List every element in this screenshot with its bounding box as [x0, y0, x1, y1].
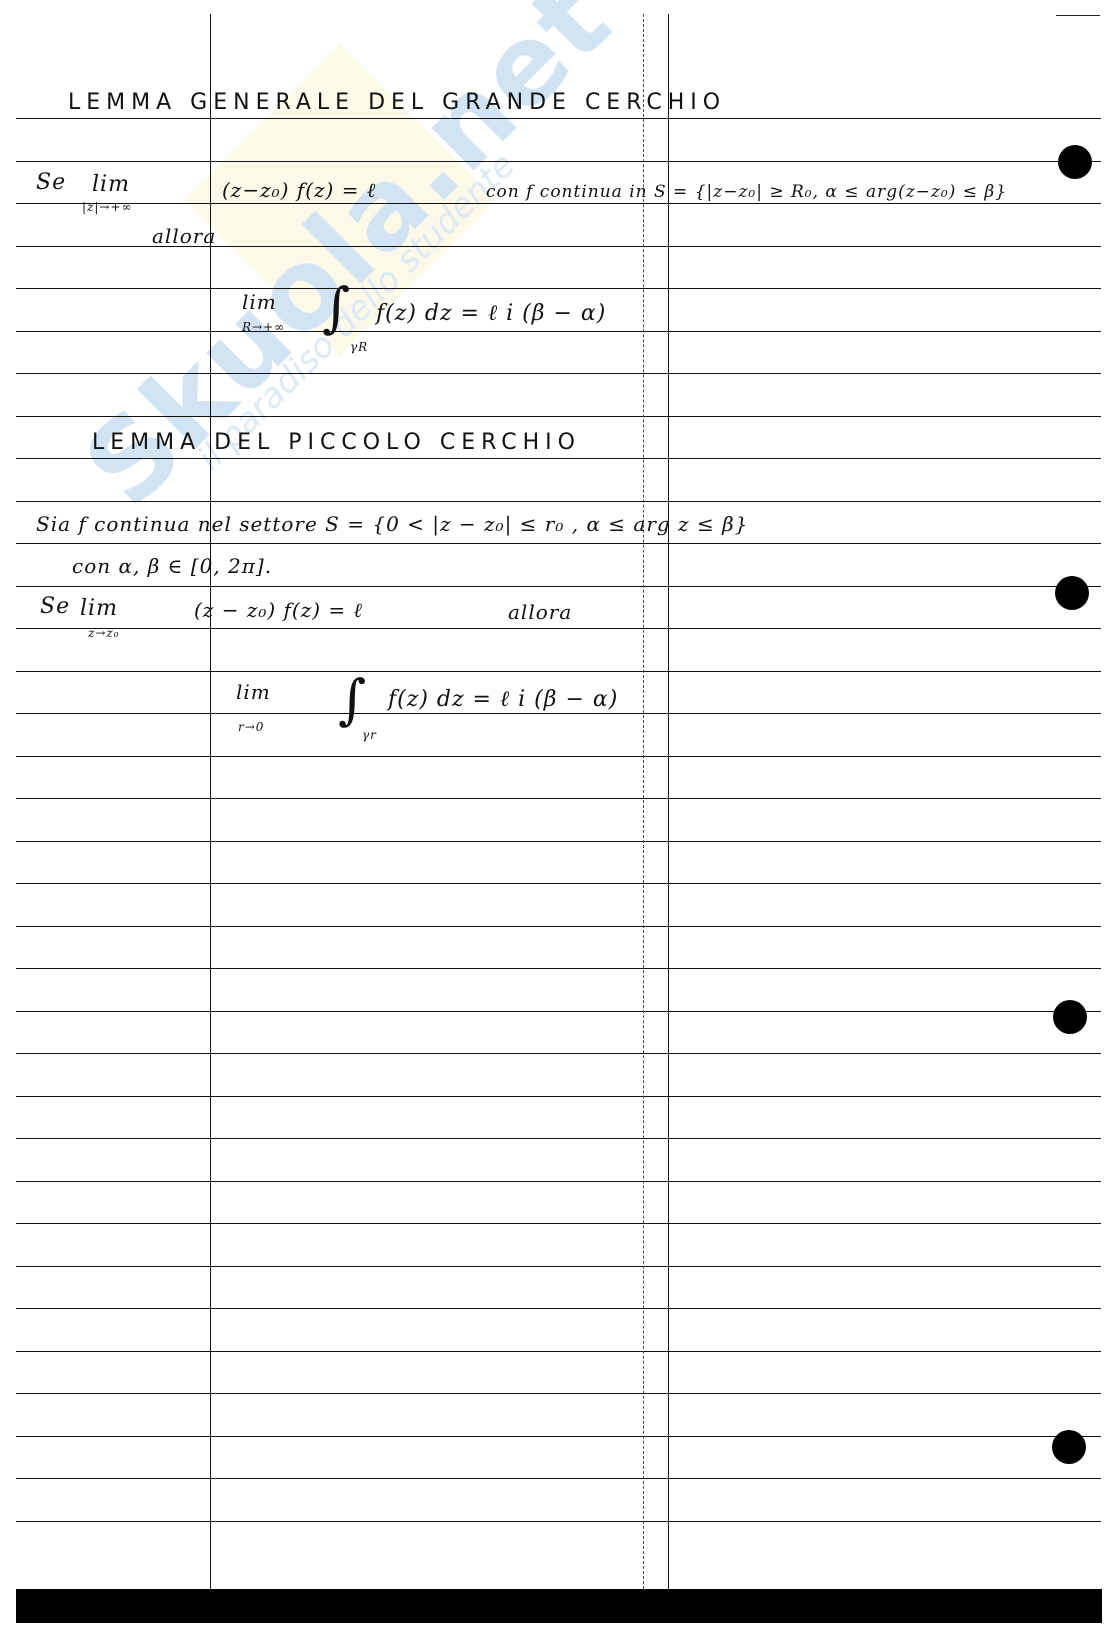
section1-result-lim-sub: R→+∞	[242, 320, 285, 334]
ruled-line	[16, 1223, 1101, 1224]
section2-title: LEMMA DEL PICCOLO CERCHIO	[92, 430, 581, 455]
ruled-line	[16, 331, 1101, 332]
section1-hypothesis-expr: (z−z₀) f(z) = ℓ	[222, 178, 376, 203]
ruled-line	[16, 713, 1101, 714]
top-edge-mark	[1056, 15, 1100, 16]
ruled-line	[16, 1478, 1101, 1479]
section2-hypothesis-line1: Sia f continua nel settore S = {0 < |z −…	[36, 512, 748, 536]
section2-lim: lim	[80, 596, 118, 621]
section1-lim: lim	[92, 172, 130, 197]
ruled-line	[16, 1266, 1101, 1267]
ruled-line	[16, 1181, 1101, 1182]
section2-result-lim-sub: r→0	[238, 720, 264, 734]
section1-hypothesis-prefix: Se	[36, 170, 66, 195]
ruled-line	[16, 968, 1101, 969]
section2-result-lim: lim	[236, 680, 271, 704]
ruled-line	[16, 1011, 1101, 1012]
ruled-line	[16, 841, 1101, 842]
ruled-line	[16, 1053, 1101, 1054]
section2-lim-sub: z→z₀	[88, 626, 120, 640]
section1-condition: con f continua in S = {|z−z₀| ≥ R₀, α ≤ …	[486, 182, 1007, 202]
ruled-line	[16, 1096, 1101, 1097]
scan-bottom-bar	[16, 1589, 1102, 1623]
section1-result-lim: lim	[242, 290, 277, 314]
ruled-line	[16, 926, 1101, 927]
ruled-line	[16, 416, 1101, 417]
section2-integral-sub: γr	[362, 728, 377, 742]
section2-hypothesis-expr: (z − z₀) f(z) = ℓ	[194, 598, 363, 623]
ruled-line	[16, 1393, 1101, 1394]
integral-sign: ∫	[322, 276, 350, 339]
ruled-line	[16, 1308, 1101, 1309]
section1-lim-sub: |z|→+∞	[82, 200, 133, 214]
ruled-line	[16, 1436, 1101, 1437]
section1-title: LEMMA GENERALE DEL GRANDE CERCHIO	[68, 90, 726, 115]
ruled-line	[16, 586, 1101, 587]
section2-hypothesis-prefix: Se	[40, 594, 70, 619]
binder-hole	[1055, 576, 1089, 610]
ruled-line	[16, 756, 1101, 757]
ruled-line	[16, 501, 1101, 502]
ruled-line	[16, 373, 1101, 374]
ruled-line	[16, 1138, 1101, 1139]
ruled-line	[16, 1521, 1101, 1522]
ruled-line	[16, 883, 1101, 884]
section1-result-expr: f(z) dz = ℓ i (β − α)	[376, 300, 606, 326]
section2-result-expr: f(z) dz = ℓ i (β − α)	[388, 686, 618, 712]
section2-hypothesis-line2: con α, β ∈ [0, 2π].	[72, 554, 272, 578]
section1-integral-sub: γR	[350, 340, 368, 354]
ruled-line	[16, 203, 1101, 204]
ruled-line	[16, 118, 1101, 119]
binder-hole	[1052, 1430, 1086, 1464]
section1-then: allora	[152, 224, 216, 248]
ruled-line	[16, 671, 1101, 672]
integral-sign: ∫	[338, 668, 366, 731]
notebook-page: Skuola.net il paradiso dello studente LE…	[0, 0, 1114, 1637]
right-margin-line	[668, 14, 669, 1594]
ruled-line	[16, 288, 1101, 289]
ruled-line	[16, 628, 1101, 629]
binder-hole	[1053, 1000, 1087, 1034]
ruled-line	[16, 1351, 1101, 1352]
ruled-line	[16, 161, 1101, 162]
ruled-line	[16, 543, 1101, 544]
left-margin-line	[210, 14, 211, 1594]
ruled-line	[16, 798, 1101, 799]
binder-hole	[1058, 145, 1092, 179]
center-dashed-line	[643, 14, 644, 1594]
ruled-line	[16, 458, 1101, 459]
section2-then: allora	[508, 600, 572, 624]
